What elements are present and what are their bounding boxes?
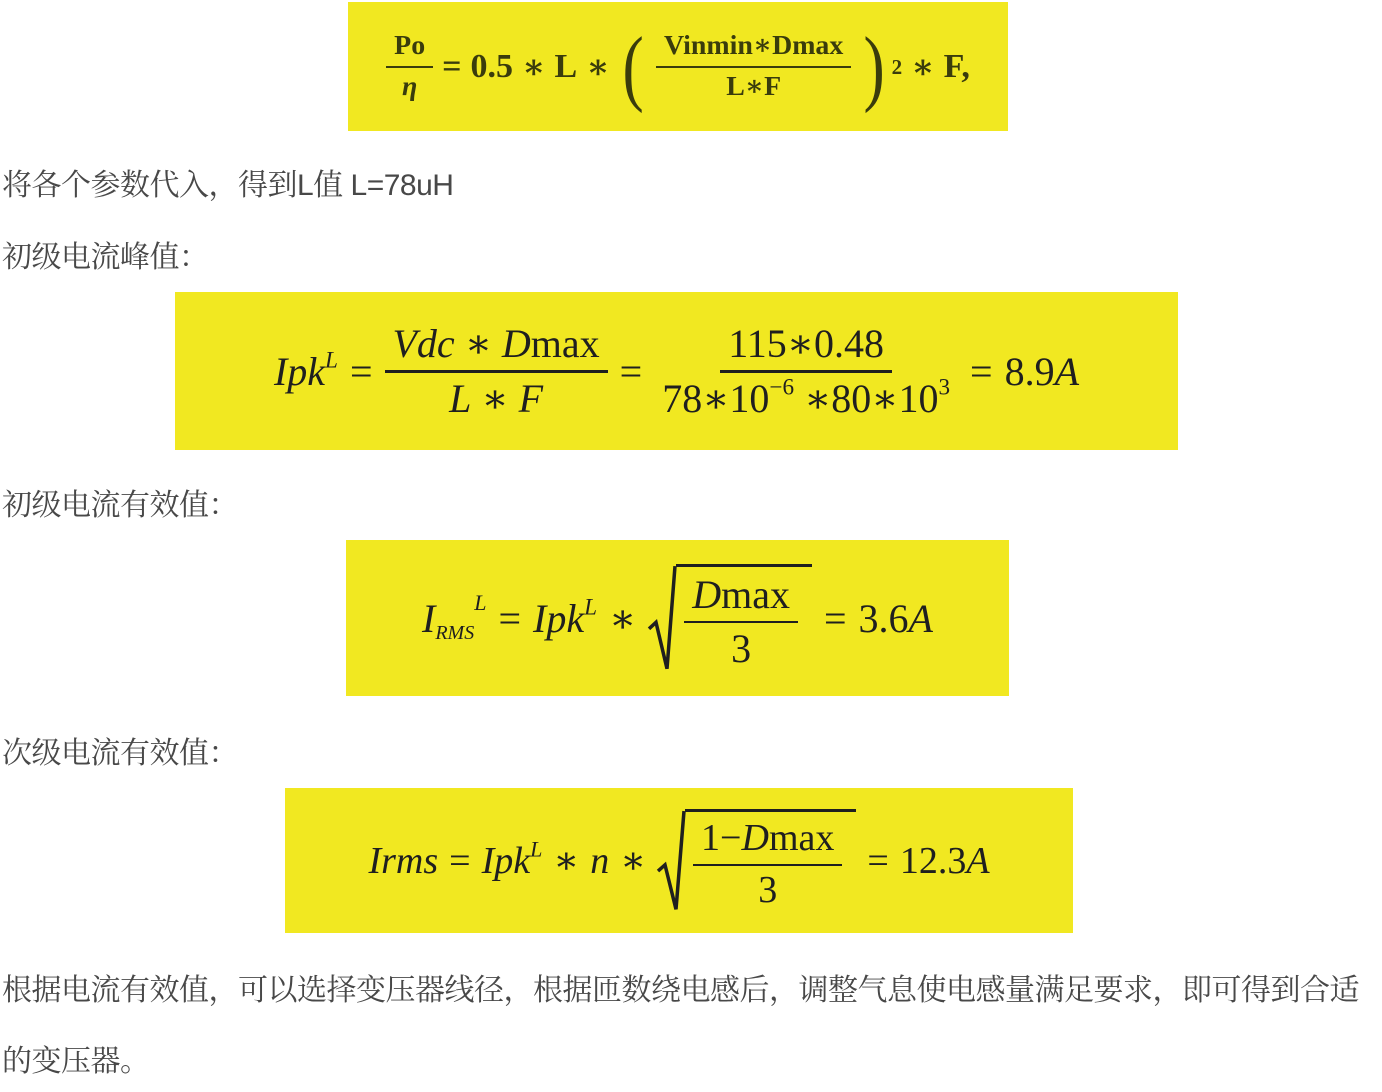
equals-sign: = [970,348,993,395]
equals-sign: = [620,348,643,395]
formula-denominator: L ∗ F [441,373,551,422]
radicand: 1−Dmax 3 [685,809,856,912]
result-value: 3.6A [859,595,933,642]
fraction-1-minus-dmax-over-3: 1−Dmax 3 [693,817,842,912]
inductance-symbol: L [555,48,578,86]
result-value: 12.3A [900,839,990,883]
equals-sign: = [867,839,888,883]
equals-sign: = [498,595,521,642]
formula-denominator: 3 [750,866,785,913]
article-page: Po η = 0.5 ∗ L ∗ ( Vinmin∗Dmax L∗F ) 2 ∗… [0,0,1382,1092]
irms-term: IRMSL [422,595,486,642]
ipk-term: IpkL [533,595,597,642]
fraction-po-over-eta: Po η [386,30,433,102]
fraction-vdc-dmax-over-lf: Vdc ∗ Dmax L ∗ F [385,321,608,422]
formula-denominator: 78∗10−6 ∗80∗103 [654,373,958,422]
fraction-dmax-over-3: Dmax 3 [684,572,798,672]
multiply-sign: ∗ [553,838,579,883]
coefficient: 0.5 [471,48,514,86]
equals-sign: = [350,348,373,395]
paragraph-substitute-parameters: 将各个参数代入，得到L值 L=78uH [2,168,453,204]
radicand: Dmax 3 [676,564,812,672]
turns-ratio-symbol: n [590,839,609,883]
multiply-sign: ∗ [586,47,610,87]
label-primary-peak-current: 初级电流峰值： [2,240,209,276]
multiply-sign: ∗ [911,47,935,87]
paragraph-conclusion-line1: 根据电流有效值，可以选择变压器线径，根据匝数绕电感后，调整气息使电感量满足要求，… [2,973,1359,1009]
irms-term: Irms [368,839,438,883]
fraction-vinmin-dmax-over-lf: Vinmin∗Dmax L∗F [656,30,851,102]
unit-ampere: A [966,840,989,882]
square-root: Dmax 3 [648,564,812,672]
ipk-term: IpkL [274,348,338,395]
label-secondary-rms-current: 次级电流有效值： [2,736,238,772]
formula-numerator: Vinmin∗Dmax [656,30,851,67]
radical-sign-icon [657,809,685,912]
multiply-sign: ∗ [522,47,546,87]
unit-ampere: A [909,596,933,641]
formula-numerator: Vdc ∗ Dmax [385,321,608,373]
formula-numerator: 115∗0.48 [720,321,892,373]
radical-sign-icon [648,564,676,672]
multiply-sign: ∗ [620,838,646,883]
formula-denominator: η [394,68,425,103]
formula-denominator: 3 [723,623,759,672]
formula-numerator: Po [386,30,433,67]
formula-numerator: 1−Dmax [693,817,842,866]
exponent-3: 3 [938,374,950,400]
formula-highlight-power-equation: Po η = 0.5 ∗ L ∗ ( Vinmin∗Dmax L∗F ) 2 ∗… [348,2,1008,131]
exponent-minus6: −6 [769,374,794,400]
formula-highlight-secondary-rms-current: Irms = IpkL ∗ n ∗ 1−Dmax 3 = 12.3A [285,788,1073,933]
ipk-term: IpkL [482,839,543,883]
superscript-L: L [584,594,597,620]
multiply-sign: ∗ [609,595,636,642]
square-root: 1−Dmax 3 [657,809,856,912]
formula-highlight-primary-peak-current: IpkL = Vdc ∗ Dmax L ∗ F = 115∗0.48 78∗10… [175,292,1178,450]
superscript-L: L [530,836,542,861]
superscript-L: L [325,347,338,373]
equals-sign: = [449,839,470,883]
fraction-numeric: 115∗0.48 78∗10−6 ∗80∗103 [654,321,958,422]
result-value: 8.9A [1005,348,1079,395]
superscript-L: L [474,590,486,615]
frequency-symbol: F, [944,48,970,86]
unit-ampere: A [1055,349,1079,394]
paragraph-conclusion-line2: 的变压器。 [2,1044,150,1080]
label-primary-rms-current: 初级电流有效值： [2,488,238,524]
equals-sign: = [442,48,461,86]
formula-numerator: Dmax [684,572,798,623]
subscript-RMS: RMS [435,622,474,644]
equals-sign: = [824,595,847,642]
formula-highlight-primary-rms-current: IRMSL = IpkL ∗ Dmax 3 = 3.6A [346,540,1009,696]
formula-denominator: L∗F [718,68,789,103]
